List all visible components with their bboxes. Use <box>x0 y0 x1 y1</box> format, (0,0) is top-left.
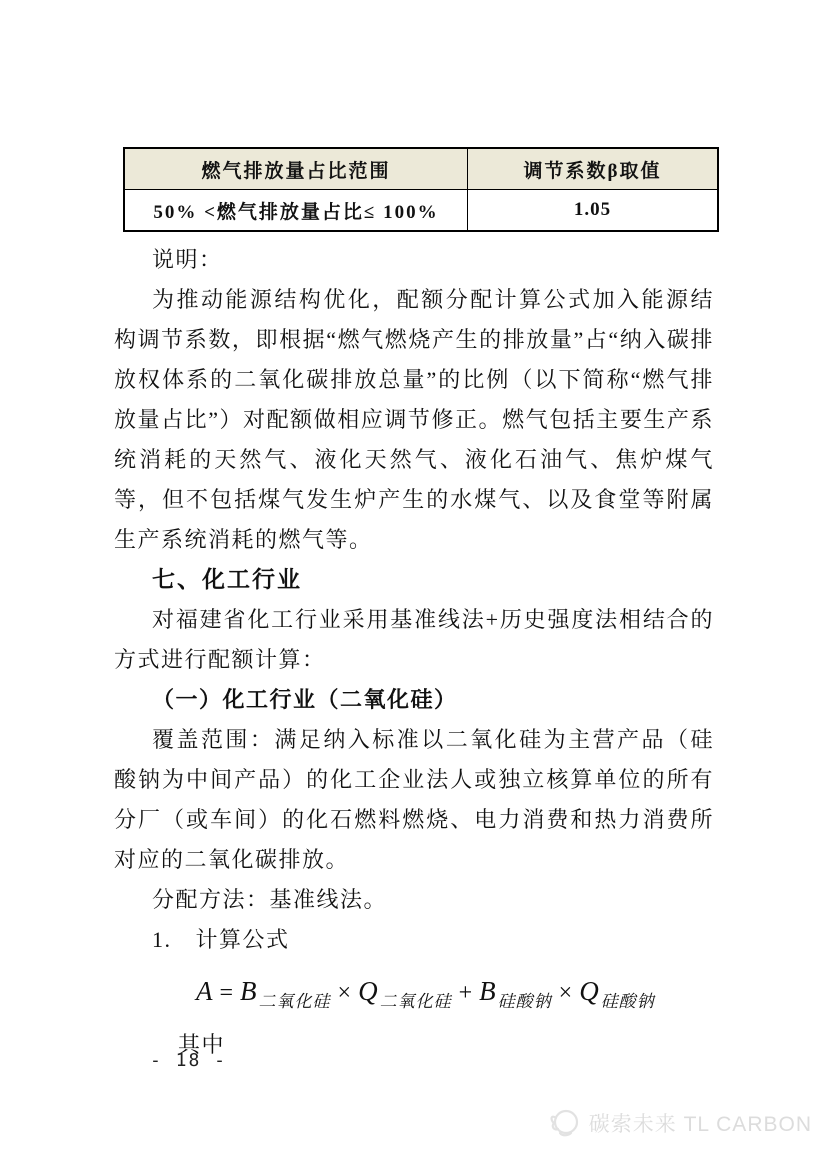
page-content: 燃气排放量占比范围 调节系数β取值 50% <燃气排放量占比≤ 100% 1.0… <box>0 0 828 1065</box>
page-number: - 18 - <box>150 1050 227 1071</box>
formula-var-b-silica: B <box>240 976 257 1006</box>
formula-sub-silica-1: 二氧化硅 <box>259 992 331 1011</box>
watermark-text: 碳索未来 TL CARBON <box>589 1108 812 1138</box>
allocation-formula: A=B二氧化硅×Q二氧化硅+B硅酸钠×Q硅酸钠 <box>196 968 714 1025</box>
list-item-label: 计算公式 <box>196 927 290 952</box>
formula-plus: + <box>459 980 473 1006</box>
formula-times-2: × <box>559 980 573 1006</box>
formula-times-1: × <box>338 980 352 1006</box>
table-header-beta-value: 调节系数β取值 <box>468 148 719 190</box>
formula-lhs: A <box>196 976 213 1006</box>
note-paragraph: 为推动能源结构优化，配额分配计算公式加入能源结构调节系数，即根据“燃气燃烧产生的… <box>114 280 714 560</box>
formula-equals: = <box>220 980 234 1006</box>
scope-paragraph: 覆盖范围：满足纳入标准以二氧化硅为主营产品（硅酸钠为中间产品）的化工企业法人或独… <box>114 720 714 880</box>
document-page: 燃气排放量占比范围 调节系数β取值 50% <燃气排放量占比≤ 100% 1.0… <box>0 0 828 1169</box>
table-row: 50% <燃气排放量占比≤ 100% 1.05 <box>124 190 718 232</box>
list-item-calculation-formula: 1.计算公式 <box>114 920 714 960</box>
watermark: 碳索未来 TL CARBON <box>546 1106 812 1140</box>
section-heading-chemical-industry: 七、化工行业 <box>114 560 714 600</box>
table-header-gas-ratio-range: 燃气排放量占比范围 <box>124 148 468 190</box>
gas-emission-ratio-table: 燃气排放量占比范围 调节系数β取值 50% <燃气排放量占比≤ 100% 1.0… <box>123 147 719 232</box>
table-header-row: 燃气排放量占比范围 调节系数β取值 <box>124 148 718 190</box>
formula-var-q-silica: Q <box>358 976 378 1006</box>
formula-var-b-sodium-silicate: B <box>479 976 496 1006</box>
section-intro-paragraph: 对福建省化工行业采用基准线法+历史强度法相结合的方式进行配额计算： <box>114 600 714 680</box>
method-paragraph: 分配方法：基准线法。 <box>114 880 714 920</box>
tl-carbon-logo-icon <box>546 1106 584 1140</box>
formula-sub-sodium-silicate-1: 硅酸钠 <box>498 992 552 1011</box>
list-item-number: 1. <box>152 927 172 952</box>
formula-sub-silica-2: 二氧化硅 <box>380 992 452 1011</box>
note-label: 说明： <box>114 240 714 280</box>
subsection-heading-silica: （一）化工行业（二氧化硅） <box>114 680 714 720</box>
formula-sub-sodium-silicate-2: 硅酸钠 <box>601 992 655 1011</box>
table-cell-ratio-range: 50% <燃气排放量占比≤ 100% <box>124 190 468 232</box>
table-cell-beta-value: 1.05 <box>468 190 719 232</box>
formula-var-q-sodium-silicate: Q <box>579 976 599 1006</box>
